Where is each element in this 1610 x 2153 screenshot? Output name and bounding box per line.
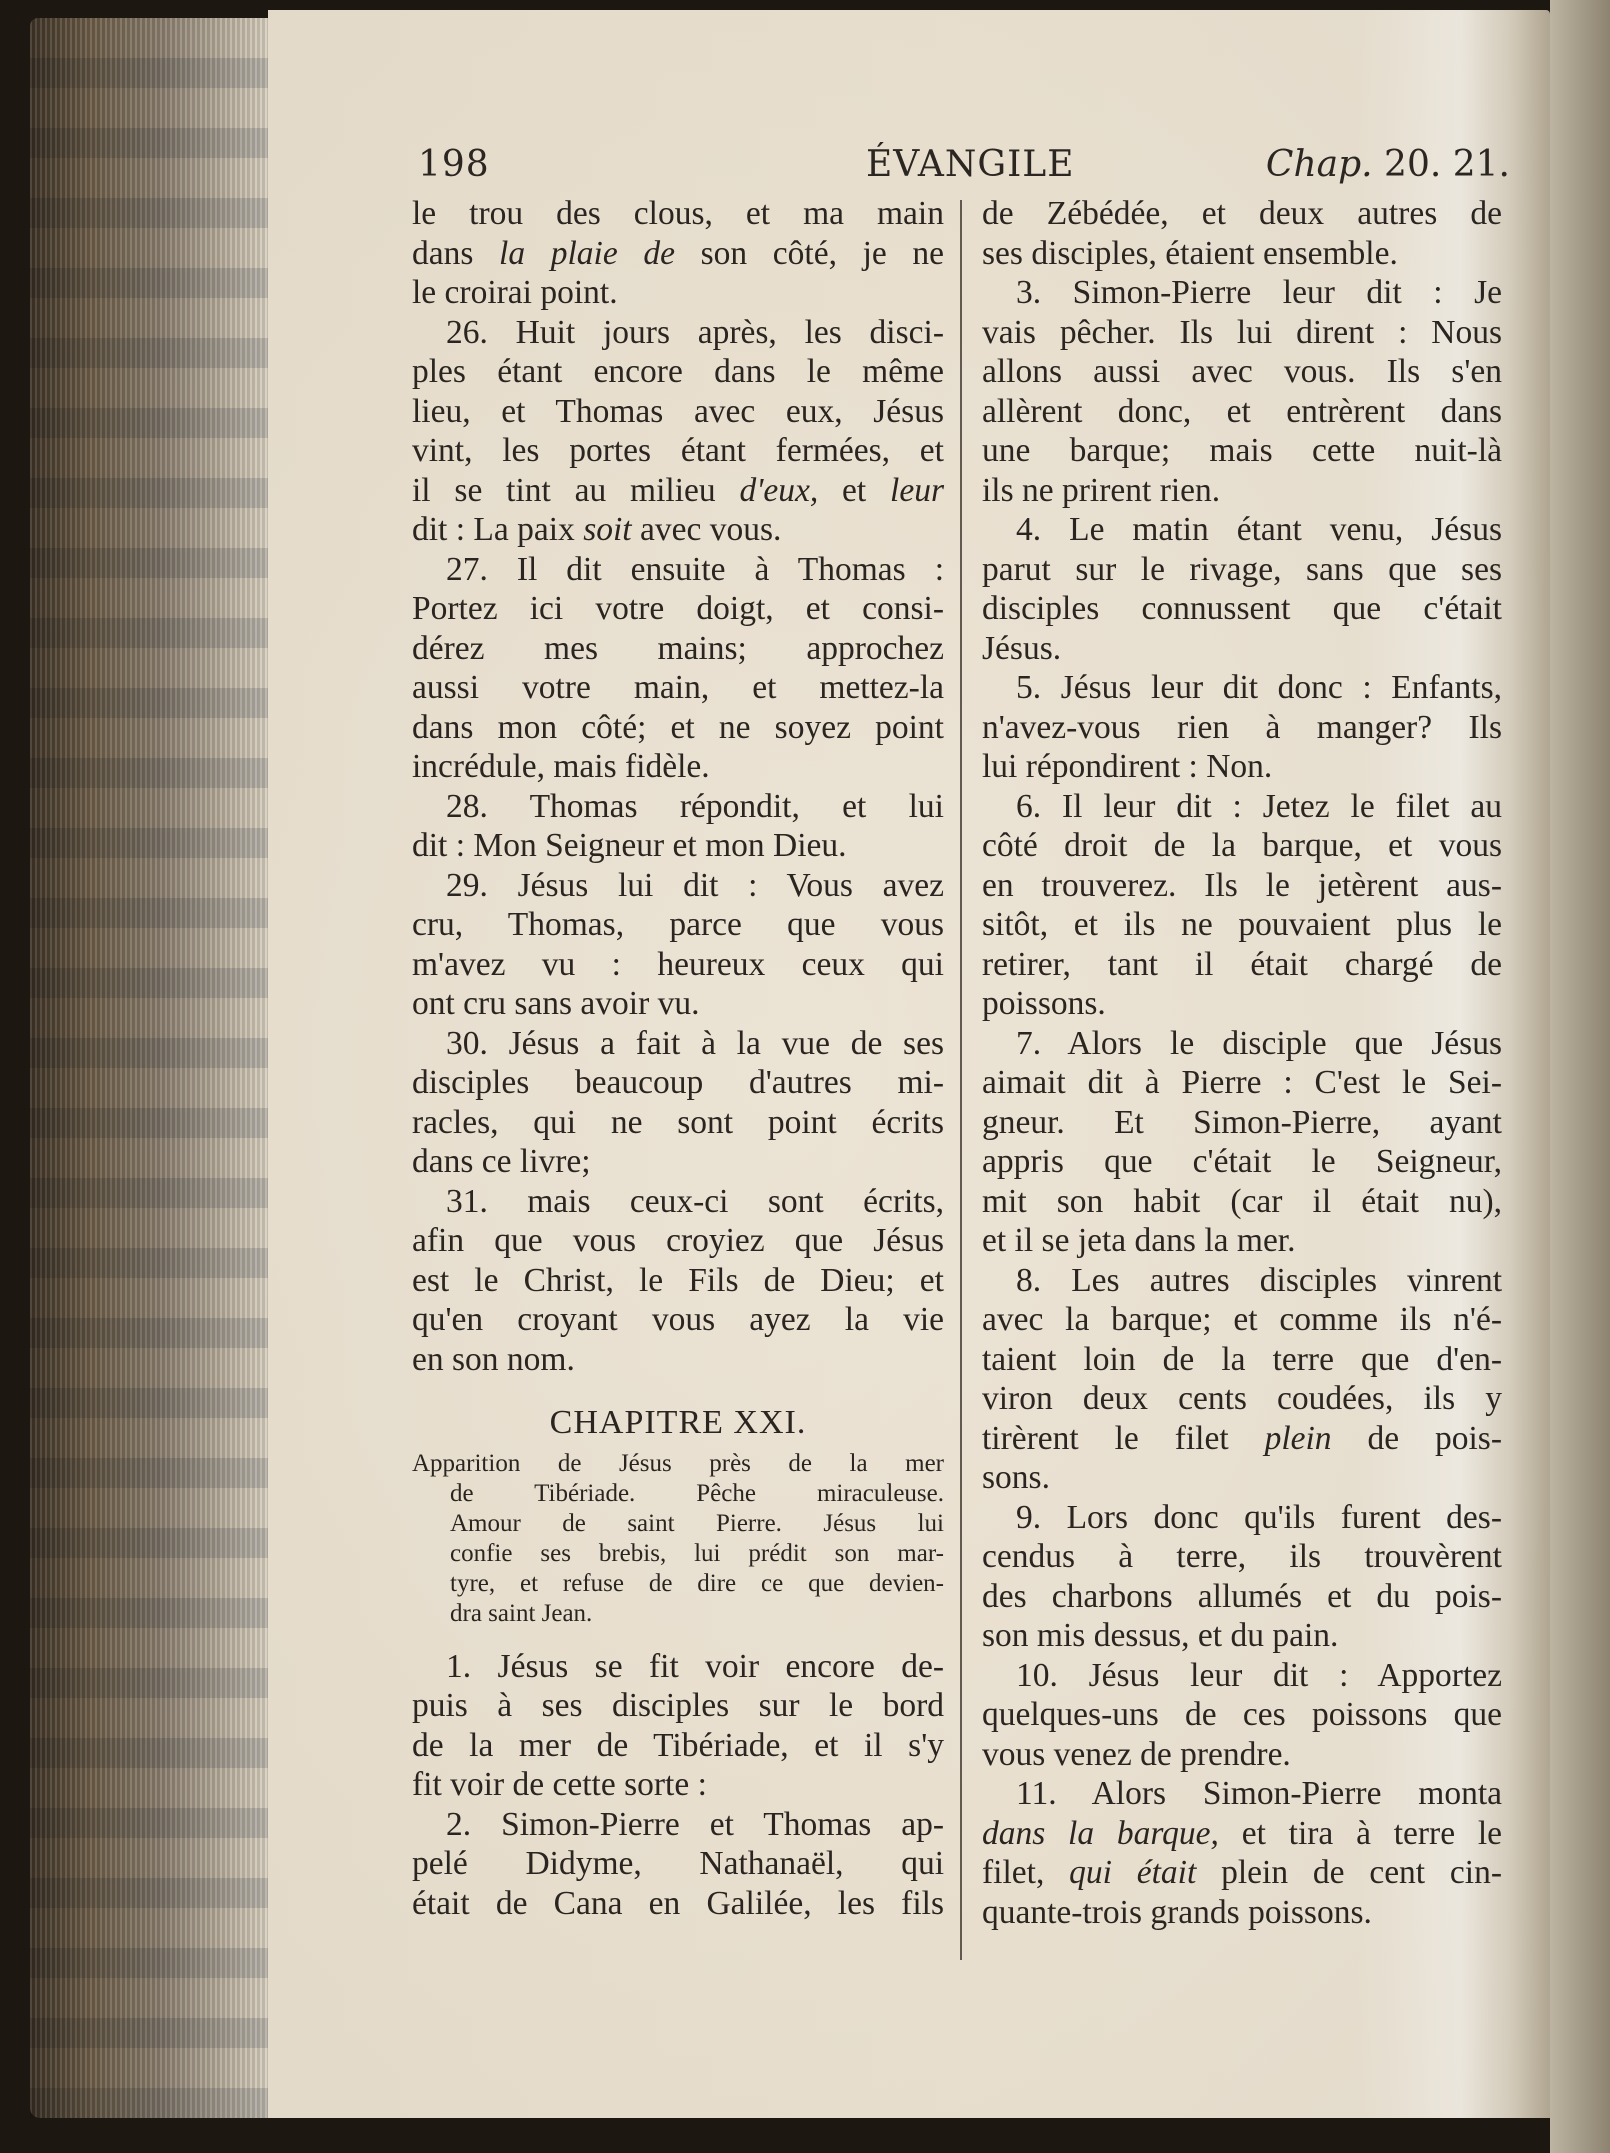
summary-line: confie ses brebis, lui prédit son mar- [412, 1539, 944, 1569]
text: cendus à terre, ils trouvèrent [982, 1538, 1502, 1575]
text: poissons. [982, 985, 1106, 1022]
italic-text: la plaie de [499, 235, 675, 272]
text: plein de cent cin- [1221, 1854, 1502, 1891]
text-line: dérez mes mains; approchez [412, 629, 944, 669]
text-line: 29. Jésus lui dit : Vous avez [412, 866, 944, 906]
text-line: 26. Huit jours après, les disci- [412, 313, 944, 353]
text-line: cendus à terre, ils trouvèrent [982, 1537, 1502, 1577]
text: et tira à terre le [1242, 1815, 1502, 1852]
text-line: gneur. Et Simon-Pierre, ayant [982, 1103, 1502, 1143]
column-divider [960, 200, 962, 1960]
text: incrédule, mais fidèle. [412, 748, 710, 785]
text: aussi votre main, et mettez-la [412, 669, 944, 706]
text-line: des charbons allumés et du pois- [982, 1577, 1502, 1617]
text: 2. Simon-Pierre et Thomas ap- [446, 1806, 944, 1843]
text-line: disciples beaucoup d'autres mi- [412, 1063, 944, 1103]
text: quante-trois grands poissons. [982, 1894, 1372, 1931]
text-line: 27. Il dit ensuite à Thomas : [412, 550, 944, 590]
text: allons aussi avec vous. Ils s'en [982, 353, 1502, 390]
book-title: ÉVANGILE [866, 144, 1075, 185]
text: il se tint au milieu [412, 472, 716, 509]
text: aimait dit à Pierre : C'est le Sei- [982, 1064, 1502, 1101]
right-column: de Zébédée, et deux autres de ses discip… [982, 194, 1502, 1932]
text-line: qu'en croyant vous ayez la vie [412, 1300, 944, 1340]
text: m'avez vu : heureux ceux qui [412, 946, 944, 983]
italic-text: qui était [1069, 1854, 1196, 1891]
text: 28. Thomas répondit, et lui [446, 788, 944, 825]
text-line: de Zébédée, et deux autres de [982, 194, 1502, 234]
text: sons. [982, 1459, 1050, 1496]
text-line: appris que c'était le Seigneur, [982, 1142, 1502, 1182]
text: qu'en croyant vous ayez la vie [412, 1301, 944, 1338]
chapter-label: Chap. [1266, 144, 1373, 185]
text-line: allons aussi avec vous. Ils s'en [982, 352, 1502, 392]
text: en trouverez. Ils le jetèrent aus- [982, 867, 1502, 904]
running-head: 198 ÉVANGILE Chap. 20. 21. [418, 144, 1510, 194]
text-line: afin que vous croyiez que Jésus [412, 1221, 944, 1261]
text: 5. Jésus leur dit donc : Enfants, [1016, 669, 1502, 706]
text: pelé Didyme, Nathanaël, qui [412, 1845, 944, 1882]
text: est le Christ, le Fils de Dieu; et [412, 1262, 944, 1299]
right-column-verses: de Zébédée, et deux autres de ses discip… [982, 194, 1502, 1932]
italic-text: plein [1265, 1420, 1332, 1457]
text: de Zébédée, et deux autres de [982, 195, 1502, 232]
text-line: pelé Didyme, Nathanaël, qui [412, 1844, 944, 1884]
text: appris que c'était le Seigneur, [982, 1143, 1502, 1180]
left-column: le trou des clous, et ma main dans la pl… [412, 194, 944, 1923]
text-line: il se tint au milieu d'eux, et leur [412, 471, 944, 511]
text-line: parut sur le rivage, sans que ses [982, 550, 1502, 590]
text-line: aussi votre main, et mettez-la [412, 668, 944, 708]
text: tirèrent le filet [982, 1420, 1229, 1457]
text: 1. Jésus se fit voir encore de- [446, 1648, 944, 1685]
text: son côté, je ne [701, 235, 944, 272]
text-line: dans ce livre; [412, 1142, 944, 1182]
text-line: quelques-uns de ces poissons que [982, 1695, 1502, 1735]
text-line: 8. Les autres disciples vinrent [982, 1261, 1502, 1301]
text-line: 9. Lors donc qu'ils furent des- [982, 1498, 1502, 1538]
text: 4. Le matin étant venu, Jésus [1016, 511, 1502, 548]
text: dans mon côté; et ne soyez point [412, 709, 944, 746]
italic-text: d'eux, [739, 472, 818, 509]
text: 9. Lors donc qu'ils furent des- [1016, 1499, 1502, 1536]
text-line: 11. Alors Simon-Pierre monta [982, 1774, 1502, 1814]
text: 31. mais ceux-ci sont écrits, [446, 1183, 944, 1220]
text-line: sons. [982, 1458, 1502, 1498]
text-line: 10. Jésus leur dit : Apportez [982, 1656, 1502, 1696]
text: lieu, et Thomas avec eux, Jésus [412, 393, 944, 430]
text: racles, qui ne sont point écrits [412, 1104, 944, 1141]
text-line: racles, qui ne sont point écrits [412, 1103, 944, 1143]
text-line: 7. Alors le disciple que Jésus [982, 1024, 1502, 1064]
text: en son nom. [412, 1341, 575, 1378]
book-gutter-shadow [1550, 0, 1610, 2153]
text: dans ce livre; [412, 1143, 591, 1180]
text: dit : La paix [412, 511, 575, 548]
text: 30. Jésus a fait à la vue de ses [446, 1025, 944, 1062]
text-line: dit : La paix soit avec vous. [412, 510, 944, 550]
text-line: 3. Simon-Pierre leur dit : Je [982, 273, 1502, 313]
text-line: dans la barque, et tira à terre le [982, 1814, 1502, 1854]
text-line: côté droit de la barque, et vous [982, 826, 1502, 866]
text-line: taient loin de la terre que d'en- [982, 1340, 1502, 1380]
text: Portez ici votre doigt, et consi- [412, 590, 944, 627]
text-line: son mis dessus, et du pain. [982, 1616, 1502, 1656]
text: ils ne prirent rien. [982, 472, 1220, 509]
text: filet, [982, 1854, 1044, 1891]
text-line: cru, Thomas, parce que vous [412, 905, 944, 945]
text-line: est le Christ, le Fils de Dieu; et [412, 1261, 944, 1301]
text-line: puis à ses disciples sur le bord [412, 1686, 944, 1726]
text-line: viron deux cents coudées, ils y [982, 1379, 1502, 1419]
text: viron deux cents coudées, ils y [982, 1380, 1502, 1417]
text: fit voir de cette sorte : [412, 1766, 707, 1803]
text-line: poissons. [982, 984, 1502, 1024]
text-line: avec la barque; et comme ils n'é- [982, 1300, 1502, 1340]
text: afin que vous croyiez que Jésus [412, 1222, 944, 1259]
text: n'avez-vous rien à manger? Ils [982, 709, 1502, 746]
text-line: aimait dit à Pierre : C'est le Sei- [982, 1063, 1502, 1103]
text: 11. Alors Simon-Pierre monta [1016, 1775, 1502, 1812]
text: de la mer de Tibériade, et il s'y [412, 1727, 944, 1764]
text: dans [412, 235, 473, 272]
text: le croirai point. [412, 274, 618, 311]
text-line: tirèrent le filet plein de pois- [982, 1419, 1502, 1459]
chapter-numbers: 20. 21. [1384, 144, 1510, 185]
text-line: disciples connussent que c'était [982, 589, 1502, 629]
text-line: une barque; mais cette nuit-là [982, 431, 1502, 471]
text-line: 6. Il leur dit : Jetez le filet au [982, 787, 1502, 827]
text: vous venez de prendre. [982, 1736, 1291, 1773]
summary-line: de Tibériade. Pêche miraculeuse. [412, 1479, 944, 1509]
text-line: quante-trois grands poissons. [982, 1893, 1502, 1933]
text: dérez mes mains; approchez [412, 630, 944, 667]
text: ont cru sans avoir vu. [412, 985, 699, 1022]
text: 10. Jésus leur dit : Apportez [1016, 1657, 1502, 1694]
text-line: ples étant encore dans le même [412, 352, 944, 392]
text-line: fit voir de cette sorte : [412, 1765, 944, 1805]
text: 27. Il dit ensuite à Thomas : [446, 551, 944, 588]
text-line: le croirai point. [412, 273, 944, 313]
text: 6. Il leur dit : Jetez le filet au [1016, 788, 1502, 825]
text: avec vous. [640, 511, 781, 548]
text: et [842, 472, 866, 509]
text: mit son habit (car il était nu), [982, 1183, 1502, 1220]
text-line: était de Cana en Galilée, les fils [412, 1884, 944, 1924]
summary-line: Apparition de Jésus près de la mer [412, 1449, 944, 1479]
text: et il se jeta dans la mer. [982, 1222, 1296, 1259]
text: 7. Alors le disciple que Jésus [1016, 1025, 1502, 1062]
text: parut sur le rivage, sans que ses [982, 551, 1502, 588]
text-line: mit son habit (car il était nu), [982, 1182, 1502, 1222]
text-line: 2. Simon-Pierre et Thomas ap- [412, 1805, 944, 1845]
italic-text: dans la barque, [982, 1815, 1219, 1852]
text-line: dit : Mon Seigneur et mon Dieu. [412, 826, 944, 866]
text-line: 30. Jésus a fait à la vue de ses [412, 1024, 944, 1064]
text: 3. Simon-Pierre leur dit : Je [1016, 274, 1502, 311]
summary-line: Amour de saint Pierre. Jésus lui [412, 1509, 944, 1539]
text: avec la barque; et comme ils n'é- [982, 1301, 1502, 1338]
summary-line: tyre, et refuse de dire ce que devien- [412, 1569, 944, 1599]
left-column-verses-continued: 1. Jésus se fit voir encore de- puis à s… [412, 1647, 944, 1924]
text-line: vais pêcher. Ils lui dirent : Nous [982, 313, 1502, 353]
text: une barque; mais cette nuit-là [982, 432, 1502, 469]
page-number: 198 [418, 144, 490, 185]
text: des charbons allumés et du pois- [982, 1578, 1502, 1615]
text-line: 1. Jésus se fit voir encore de- [412, 1647, 944, 1687]
text-line: de la mer de Tibériade, et il s'y [412, 1726, 944, 1766]
chapter-heading: CHAPITRE XXI. [412, 1403, 944, 1443]
text-line: en son nom. [412, 1340, 944, 1380]
text: allèrent donc, et entrèrent dans [982, 393, 1502, 430]
text: dit : Mon Seigneur et mon Dieu. [412, 827, 847, 864]
chapter-summary: Apparition de Jésus près de la merde Tib… [412, 1449, 944, 1629]
text-line: vint, les portes étant fermées, et [412, 431, 944, 471]
text-line: lieu, et Thomas avec eux, Jésus [412, 392, 944, 432]
text: le trou des clous, et ma main [412, 195, 944, 232]
text-line: sitôt, et ils ne pouvaient plus le [982, 905, 1502, 945]
text-line: filet, qui était plein de cent cin- [982, 1853, 1502, 1893]
text-line: 31. mais ceux-ci sont écrits, [412, 1182, 944, 1222]
text: quelques-uns de ces poissons que [982, 1696, 1502, 1733]
chapter-reference: Chap. 20. 21. [1266, 144, 1510, 185]
text: sitôt, et ils ne pouvaient plus le [982, 906, 1502, 943]
text: était de Cana en Galilée, les fils [412, 1885, 944, 1922]
text: cru, Thomas, parce que vous [412, 906, 944, 943]
summary-line: dra saint Jean. [412, 1599, 944, 1629]
text: de pois- [1367, 1420, 1502, 1457]
text-line: dans mon côté; et ne soyez point [412, 708, 944, 748]
text-line: ils ne prirent rien. [982, 471, 1502, 511]
text: son mis dessus, et du pain. [982, 1617, 1338, 1654]
text-line: 5. Jésus leur dit donc : Enfants, [982, 668, 1502, 708]
text-line: Portez ici votre doigt, et consi- [412, 589, 944, 629]
book-page-edges [30, 18, 270, 2118]
text-line: Jésus. [982, 629, 1502, 669]
text-line: en trouverez. Ils le jetèrent aus- [982, 866, 1502, 906]
text: ses disciples, étaient ensemble. [982, 235, 1398, 272]
text: côté droit de la barque, et vous [982, 827, 1502, 864]
italic-text: leur [890, 472, 944, 509]
text: disciples connussent que c'était [982, 590, 1502, 627]
text: vint, les portes étant fermées, et [412, 432, 944, 469]
text-line: n'avez-vous rien à manger? Ils [982, 708, 1502, 748]
text: retirer, tant il était chargé de [982, 946, 1502, 983]
text-line: m'avez vu : heureux ceux qui [412, 945, 944, 985]
text-line: le trou des clous, et ma main [412, 194, 944, 234]
text-line: retirer, tant il était chargé de [982, 945, 1502, 985]
text: gneur. Et Simon-Pierre, ayant [982, 1104, 1502, 1141]
text-line: vous venez de prendre. [982, 1735, 1502, 1775]
text: disciples beaucoup d'autres mi- [412, 1064, 944, 1101]
text: ples étant encore dans le même [412, 353, 944, 390]
text-line: ses disciples, étaient ensemble. [982, 234, 1502, 274]
text: vais pêcher. Ils lui dirent : Nous [982, 314, 1502, 351]
text-line: allèrent donc, et entrèrent dans [982, 392, 1502, 432]
text-line: 4. Le matin étant venu, Jésus [982, 510, 1502, 550]
text-line: dans la plaie de son côté, je ne [412, 234, 944, 274]
text: Jésus. [982, 630, 1061, 667]
text-line: ont cru sans avoir vu. [412, 984, 944, 1024]
text: 8. Les autres disciples vinrent [1016, 1262, 1502, 1299]
text: taient loin de la terre que d'en- [982, 1341, 1502, 1378]
text: 26. Huit jours après, les disci- [446, 314, 944, 351]
italic-text: soit [583, 511, 631, 548]
left-column-verses: le trou des clous, et ma main dans la pl… [412, 194, 944, 1379]
text: 29. Jésus lui dit : Vous avez [446, 867, 944, 904]
text-line: et il se jeta dans la mer. [982, 1221, 1502, 1261]
text-line: incrédule, mais fidèle. [412, 747, 944, 787]
text: puis à ses disciples sur le bord [412, 1687, 944, 1724]
text: lui répondirent : Non. [982, 748, 1272, 785]
text-line: lui répondirent : Non. [982, 747, 1502, 787]
text-line: 28. Thomas répondit, et lui [412, 787, 944, 827]
